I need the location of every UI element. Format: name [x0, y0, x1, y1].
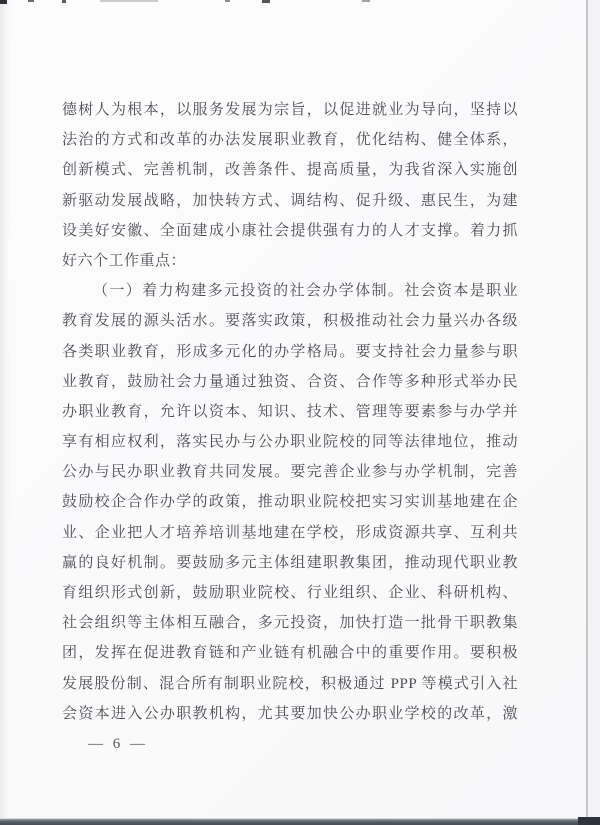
text-line: 公办与民办职业教育共同发展。要完善企业参与办学机制，完善 [62, 457, 518, 487]
text-line: 会资本进入公办职教机构，尤其要加快公办职业学校的改革，激 [62, 699, 518, 729]
page-number: — 6 — [88, 736, 148, 753]
text-line: 发展股份制、混合所有制职业院校，积极通过 PPP 等模式引入社 [62, 669, 518, 699]
scan-left-shadow [0, 0, 10, 819]
scan-speck [100, 0, 158, 2]
text-line: 法治的方式和改革的办法发展职业教育，优化结构、健全体系， [62, 125, 518, 155]
text-line: 德树人为根本，以服务发展为宗旨，以促进就业为导向，坚持以 [62, 95, 518, 125]
text-line: 赢的良好机制。要鼓励多元主体组建职教集团，推动现代职业教 [62, 548, 518, 578]
scan-right-band [588, 0, 600, 819]
text-line: 好六个工作重点： [62, 246, 518, 276]
text-line: 创新模式、完善机制，改善条件、提高质量，为我省深入实施创 [62, 155, 518, 185]
text-line: 团，发挥在促进教育链和产业链有机融合中的重要作用。要积极 [62, 638, 518, 668]
text-line: 鼓励校企合作办学的政策，推动职业院校把实习实训基地建在企 [62, 487, 518, 517]
scan-speck [362, 0, 370, 2]
scan-speck [62, 0, 66, 3]
text-line: 育组织形式创新，鼓励职业院校、行业组织、企业、科研机构、 [62, 578, 518, 608]
document-body: 德树人为根本，以服务发展为宗旨，以促进就业为导向，坚持以 法治的方式和改革的办法… [62, 95, 518, 729]
text-line: 新驱动发展战略，加快转方式、调结构、促升级、惠民生，为建 [62, 186, 518, 216]
scanned-document-page: 德树人为根本，以服务发展为宗旨，以促进就业为导向，坚持以 法治的方式和改革的办法… [0, 0, 600, 825]
text-line: 社会组织等主体相互融合，多元投资，加快打造一批骨干职教集 [62, 608, 518, 638]
text-line: 业教育，鼓励社会力量通过独资、合资、合作等多种形式举办民 [62, 367, 518, 397]
text-line: 享有相应权利，落实民办与公办职业院校的同等法律地位，推动 [62, 427, 518, 457]
text-line: 教育发展的源头活水。要落实政策，积极推动社会力量兴办各级 [62, 306, 518, 336]
scan-speck [28, 0, 34, 2]
text-line-paragraph-start: （一）着力构建多元投资的社会办学体制。社会资本是职业 [62, 276, 518, 306]
text-line: 业、企业把人才培养培训基地建在学校，形成资源共享、互利共 [62, 518, 518, 548]
scan-speck [225, 0, 230, 2]
scan-bottom-corner-mark [578, 817, 600, 825]
scan-speck [262, 0, 270, 3]
scan-speck [0, 0, 7, 4]
text-line: 设美好安徽、全面建成小康社会提供强有力的人才支撑。着力抓 [62, 216, 518, 246]
text-line: 办职业教育，允许以资本、知识、技术、管理等要素参与办学并 [62, 397, 518, 427]
text-line: 各类职业教育，形成多元化的办学格局。要支持社会力量参与职 [62, 337, 518, 367]
scan-bottom-shadow-band [0, 819, 600, 825]
scan-right-edge-line [586, 0, 588, 819]
